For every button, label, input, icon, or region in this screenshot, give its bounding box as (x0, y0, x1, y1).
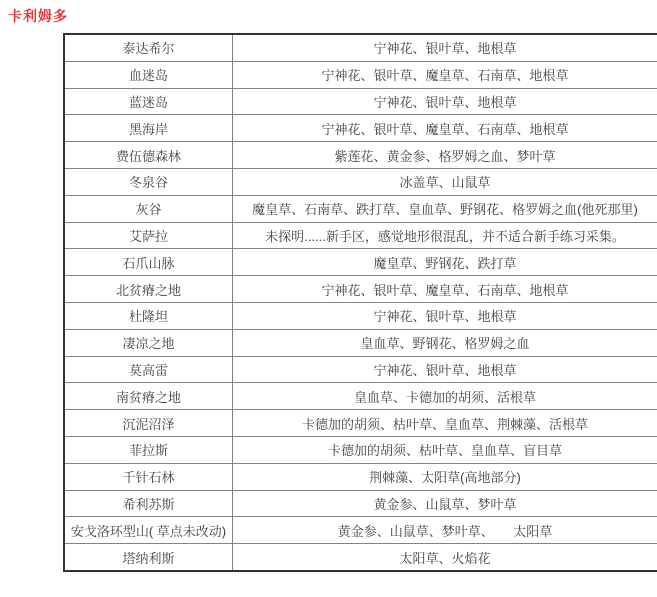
herbs-cell: 魔皇草、野钢花、跌打草 (233, 249, 657, 276)
herbs-cell: 宁神花、银叶草、地根草 (233, 356, 657, 383)
table-row: 蓝迷岛宁神花、银叶草、地根草 (64, 88, 657, 115)
zone-name-cell: 北贫瘠之地 (64, 276, 233, 303)
table-row: 南贫瘠之地皇血草、卡德加的胡须、活根草 (64, 383, 657, 410)
table-row: 灰谷魔皇草、石南草、跌打草、皇血草、野钢花、格罗姆之血(他死那里) (64, 195, 657, 222)
zone-name-cell: 石爪山脉 (64, 249, 233, 276)
table-row: 杜隆坦宁神花、银叶草、地根草 (64, 302, 657, 329)
herbs-cell: 紫莲花、黄金参、格罗姆之血、梦叶草 (233, 142, 657, 169)
herbs-cell: 宁神花、银叶草、魔皇草、石南草、地根草 (233, 61, 657, 88)
zone-name-cell: 莫高雷 (64, 356, 233, 383)
herbs-cell: 未探明......新手区，感觉地形很混乱，并不适合新手练习采集。 (233, 222, 657, 249)
zone-name-cell: 凄凉之地 (64, 329, 233, 356)
herbs-cell: 太阳草、火焰花 (233, 544, 657, 571)
table-row: 泰达希尔宁神花、银叶草、地根草 (64, 34, 657, 61)
table-row: 安戈洛环型山( 草点未改动)黄金参、山鼠草、梦叶草、 太阳草 (64, 517, 657, 544)
table-row: 血迷岛宁神花、银叶草、魔皇草、石南草、地根草 (64, 61, 657, 88)
herbs-cell: 卡德加的胡须、枯叶草、皇血草、荆棘藻、活根草 (233, 410, 657, 437)
zone-herb-table: 泰达希尔宁神花、银叶草、地根草血迷岛宁神花、银叶草、魔皇草、石南草、地根草蓝迷岛… (63, 33, 657, 572)
zone-name-cell: 灰谷 (64, 195, 233, 222)
table-row: 北贫瘠之地宁神花、银叶草、魔皇草、石南草、地根草 (64, 276, 657, 303)
table-row: 希利苏斯黄金参、山鼠草、梦叶草 (64, 490, 657, 517)
herbs-cell: 宁神花、银叶草、魔皇草、石南草、地根草 (233, 115, 657, 142)
zone-name-cell: 安戈洛环型山( 草点未改动) (64, 517, 233, 544)
zone-name-cell: 希利苏斯 (64, 490, 233, 517)
table-row: 千针石林荆棘藻、太阳草(高地部分) (64, 463, 657, 490)
herbs-cell: 荆棘藻、太阳草(高地部分) (233, 463, 657, 490)
page: 卡利姆多 泰达希尔宁神花、银叶草、地根草血迷岛宁神花、银叶草、魔皇草、石南草、地… (0, 0, 657, 597)
zone-table-body: 泰达希尔宁神花、银叶草、地根草血迷岛宁神花、银叶草、魔皇草、石南草、地根草蓝迷岛… (64, 34, 657, 571)
table-row: 冬泉谷冰盖草、山鼠草 (64, 168, 657, 195)
table-row: 艾萨拉未探明......新手区，感觉地形很混乱，并不适合新手练习采集。 (64, 222, 657, 249)
herbs-cell: 魔皇草、石南草、跌打草、皇血草、野钢花、格罗姆之血(他死那里) (233, 195, 657, 222)
herbs-cell: 冰盖草、山鼠草 (233, 168, 657, 195)
table-row: 塔纳利斯太阳草、火焰花 (64, 544, 657, 571)
herbs-cell: 宁神花、银叶草、地根草 (233, 302, 657, 329)
zone-name-cell: 血迷岛 (64, 61, 233, 88)
herbs-cell: 宁神花、银叶草、地根草 (233, 88, 657, 115)
zone-name-cell: 泰达希尔 (64, 34, 233, 61)
herbs-cell: 皇血草、野钢花、格罗姆之血 (233, 329, 657, 356)
table-row: 菲拉斯卡德加的胡须、枯叶草、皇血草、盲目草 (64, 436, 657, 463)
page-title: 卡利姆多 (8, 6, 68, 26)
zone-name-cell: 塔纳利斯 (64, 544, 233, 571)
zone-name-cell: 冬泉谷 (64, 168, 233, 195)
herbs-cell: 黄金参、山鼠草、梦叶草、 太阳草 (233, 517, 657, 544)
herbs-cell: 卡德加的胡须、枯叶草、皇血草、盲目草 (233, 436, 657, 463)
table-row: 凄凉之地皇血草、野钢花、格罗姆之血 (64, 329, 657, 356)
zone-name-cell: 蓝迷岛 (64, 88, 233, 115)
table-row: 黑海岸宁神花、银叶草、魔皇草、石南草、地根草 (64, 115, 657, 142)
zone-name-cell: 艾萨拉 (64, 222, 233, 249)
table-row: 莫高雷宁神花、银叶草、地根草 (64, 356, 657, 383)
zone-name-cell: 南贫瘠之地 (64, 383, 233, 410)
zone-name-cell: 黑海岸 (64, 115, 233, 142)
zone-name-cell: 千针石林 (64, 463, 233, 490)
herbs-cell: 宁神花、银叶草、魔皇草、石南草、地根草 (233, 276, 657, 303)
herbs-cell: 皇血草、卡德加的胡须、活根草 (233, 383, 657, 410)
table-row: 沉泥沼泽卡德加的胡须、枯叶草、皇血草、荆棘藻、活根草 (64, 410, 657, 437)
table-row: 石爪山脉魔皇草、野钢花、跌打草 (64, 249, 657, 276)
herbs-cell: 黄金参、山鼠草、梦叶草 (233, 490, 657, 517)
zone-name-cell: 菲拉斯 (64, 436, 233, 463)
herbs-cell: 宁神花、银叶草、地根草 (233, 34, 657, 61)
zone-name-cell: 沉泥沼泽 (64, 410, 233, 437)
table-row: 费伍德森林紫莲花、黄金参、格罗姆之血、梦叶草 (64, 142, 657, 169)
zone-name-cell: 费伍德森林 (64, 142, 233, 169)
zone-name-cell: 杜隆坦 (64, 302, 233, 329)
